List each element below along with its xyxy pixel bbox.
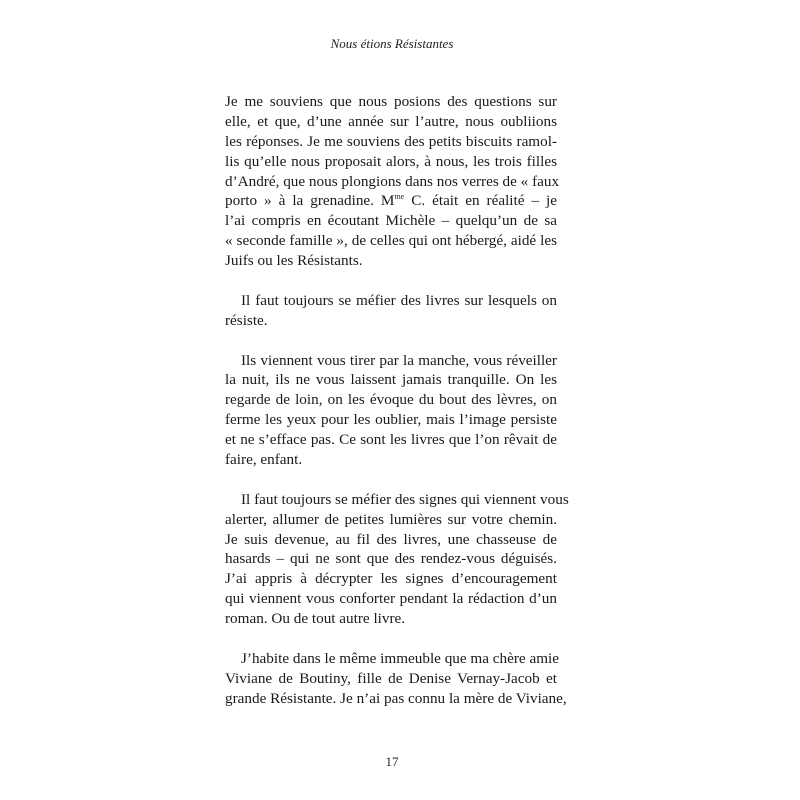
paragraph-2: Il faut toujours se méfier des livres su… xyxy=(225,291,557,331)
text-line: Viviane de Boutiny, fille de Denise Vern… xyxy=(225,669,557,689)
paragraph-3: Ils viennent vous tirer par la manche, v… xyxy=(225,351,557,470)
text-line: Je suis devenue, au fil des livres, une … xyxy=(225,530,557,550)
paragraph-1: Je me souviens que nous posions des ques… xyxy=(225,92,557,271)
text-line: les réponses. Je me souviens des petits … xyxy=(225,132,557,152)
text-line: alerter, allumer de petites lumières sur… xyxy=(225,510,557,530)
text-line: J’ai appris à décrypter les signes d’enc… xyxy=(225,569,557,589)
superscript-abbreviation: me xyxy=(394,192,404,201)
text-line: la nuit, ils ne vous laissent jamais tra… xyxy=(225,370,557,390)
text-line: J’habite dans le même immeuble que ma ch… xyxy=(225,649,557,669)
page-number: 17 xyxy=(0,753,784,771)
text-line: d’André, que nous plongions dans nos ver… xyxy=(225,172,557,192)
text-line: grande Résistante. Je n’ai pas connu la … xyxy=(225,689,557,709)
paragraph-5: J’habite dans le même immeuble que ma ch… xyxy=(225,649,557,709)
text-line: qui viennent vous conforter pendant la r… xyxy=(225,589,557,609)
paragraph-4: Il faut toujours se méfier des signes qu… xyxy=(225,490,557,629)
text-line: « seconde famille », de celles qui ont h… xyxy=(225,231,557,251)
text-line: roman. Ou de tout autre livre. xyxy=(225,609,557,629)
text-line: l’ai compris en écoutant Michèle – quelq… xyxy=(225,211,557,231)
text-line: résiste. xyxy=(225,311,557,331)
text-line: Ils viennent vous tirer par la manche, v… xyxy=(225,351,557,371)
body-text: Je me souviens que nous posions des ques… xyxy=(225,92,557,729)
text-line: Je me souviens que nous posions des ques… xyxy=(225,92,557,112)
text-line: hasards – qui ne sont que des rendez-vou… xyxy=(225,549,557,569)
text-fragment: porto » à la grenadine. M xyxy=(225,192,394,209)
text-line: elle, et que, d’une année sur l’autre, n… xyxy=(225,112,557,132)
text-line: faire, enfant. xyxy=(225,450,557,470)
text-line-with-superscript: porto » à la grenadine. Mme C. était en … xyxy=(225,191,557,211)
text-line: et ne s’efface pas. Ce sont les livres q… xyxy=(225,430,557,450)
text-fragment: C. était en réalité – je xyxy=(404,192,557,209)
book-page: Nous étions Résistantes Je me souviens q… xyxy=(0,0,800,800)
text-line: ferme les yeux pour les oublier, mais l’… xyxy=(225,410,557,430)
text-line: Il faut toujours se méfier des livres su… xyxy=(225,291,557,311)
running-head: Nous étions Résistantes xyxy=(0,35,784,53)
text-line: Il faut toujours se méfier des signes qu… xyxy=(225,490,557,510)
text-line: regarde de loin, on les évoque du bout d… xyxy=(225,390,557,410)
text-line: Juifs ou les Résistants. xyxy=(225,251,557,271)
text-line: lis qu’elle nous proposait alors, à nous… xyxy=(225,152,557,172)
